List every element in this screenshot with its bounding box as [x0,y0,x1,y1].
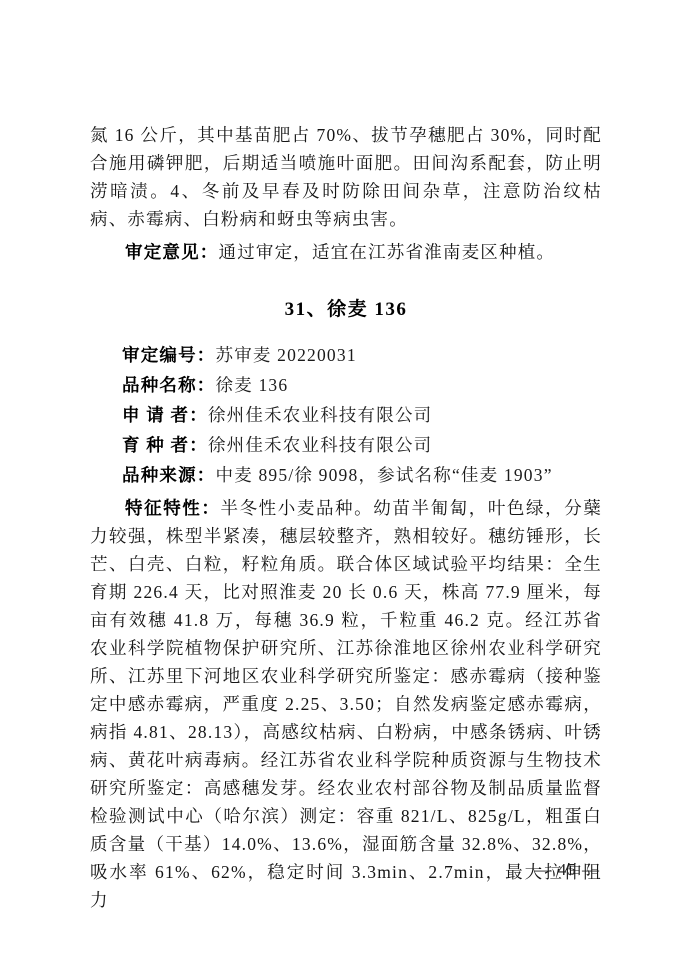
traits-label: 特征特性： [125,498,220,518]
field-value: 中麦 895/徐 9098，参试名称“佳麦 1903” [216,465,553,485]
section-heading: 31、徐麦 136 [90,295,602,325]
page-number: — 45 — [535,860,601,880]
field-value: 徐州佳禾农业科技有限公司 [208,405,432,425]
field-value: 徐州佳禾农业科技有限公司 [208,435,432,455]
field-label: 审定编号： [122,345,216,365]
field-row-variety-source: 品种来源：中麦 895/徐 9098，参试名称“佳麦 1903” [122,460,602,490]
field-label: 育 种 者： [122,435,208,455]
field-value: 苏审麦 20220031 [216,345,357,365]
field-row-applicant: 申 请 者：徐州佳禾农业科技有限公司 [122,400,602,430]
approval-opinion-label: 审定意见： [125,242,219,262]
cultivation-tail-paragraph: 氮 16 公斤，其中基苗肥占 70%、拔节孕穗肥占 30%，同时配合施用磷钾肥，… [90,121,602,233]
approval-opinion-paragraph: 审定意见：通过审定，适宜在江苏省淮南麦区种植。 [90,238,602,266]
document-page: 氮 16 公斤，其中基苗肥占 70%、拔节孕穗肥占 30%，同时配合施用磷钾肥，… [0,0,690,975]
field-row-breeder: 育 种 者：徐州佳禾农业科技有限公司 [122,430,602,460]
traits-paragraph: 特征特性：半冬性小麦品种。幼苗半匍匐，叶色绿，分蘖力较强，株型半紧凑，穗层较整齐… [90,494,602,914]
field-value: 徐麦 136 [216,375,289,395]
field-label: 品种名称： [122,375,216,395]
field-row-variety-name: 品种名称：徐麦 136 [122,370,602,400]
variety-fields: 审定编号：苏审麦 20220031 品种名称：徐麦 136 申 请 者：徐州佳禾… [90,340,602,490]
traits-text: 半冬性小麦品种。幼苗半匍匐，叶色绿，分蘖力较强，株型半紧凑，穗层较整齐，熟相较好… [90,498,602,910]
field-label: 品种来源： [122,465,216,485]
document-content: 氮 16 公斤，其中基苗肥占 70%、拔节孕穗肥占 30%，同时配合施用磷钾肥，… [90,121,602,914]
field-label: 申 请 者： [122,405,208,425]
field-row-approval-number: 审定编号：苏审麦 20220031 [122,340,602,370]
approval-opinion-text: 通过审定，适宜在江苏省淮南麦区种植。 [219,242,556,262]
